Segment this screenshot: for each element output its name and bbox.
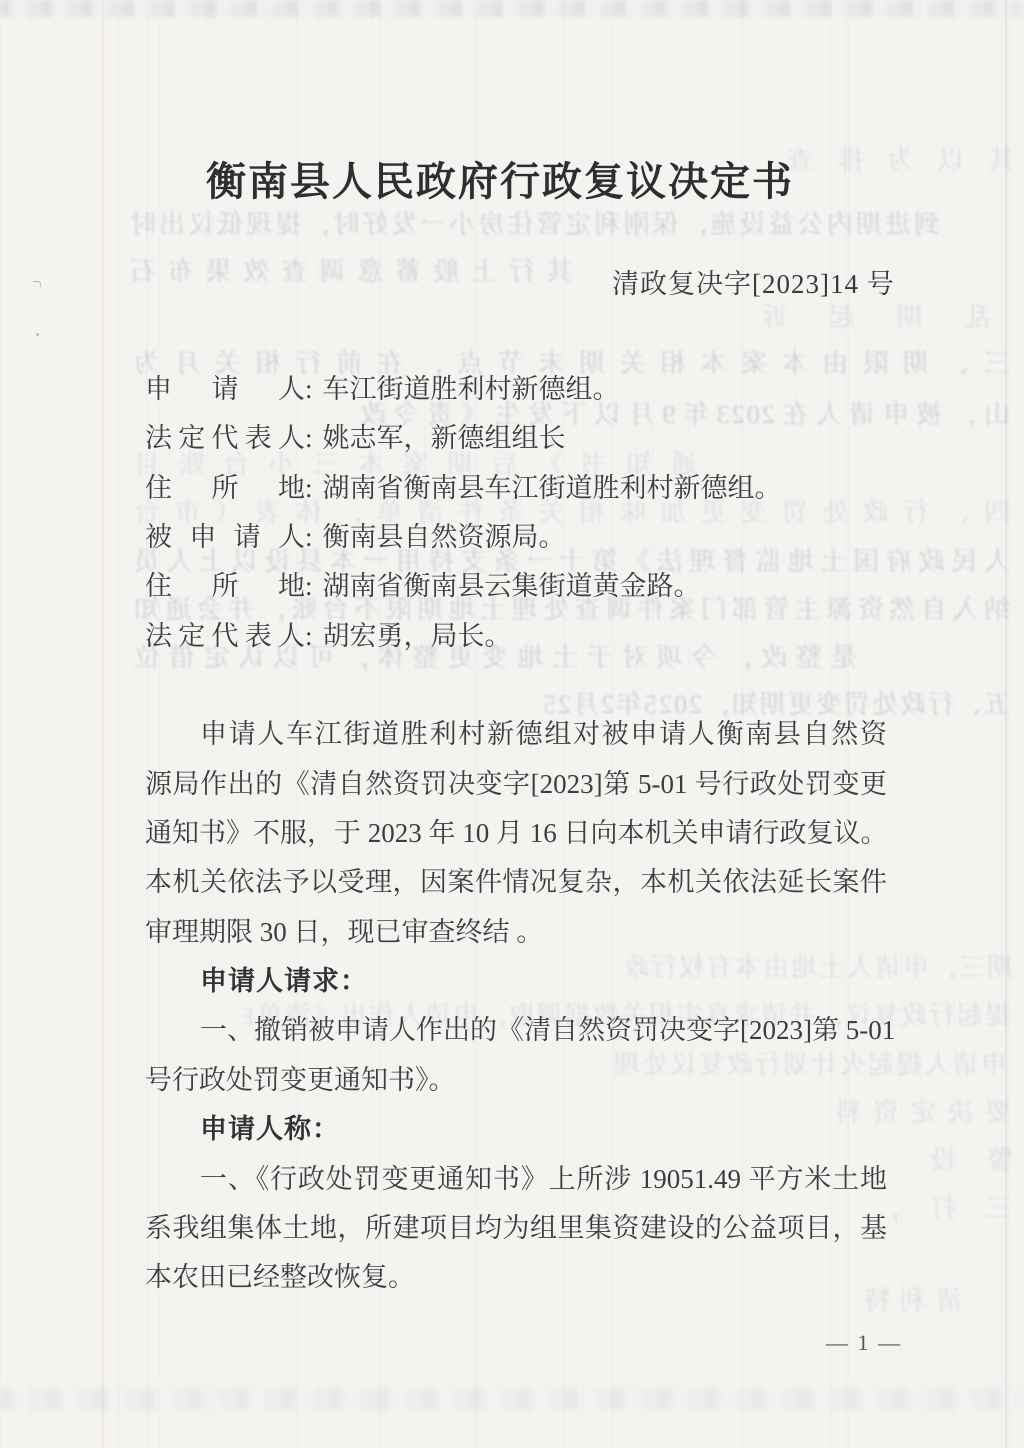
party-label: 法定代表人 [145, 612, 305, 661]
page-number: — 1 — [826, 1330, 902, 1356]
case-summary-line: 审理期限 30 日，现已审查终结 。 [145, 908, 887, 957]
party-label: 被申请人 [145, 513, 305, 562]
case-summary-line: 申请人车江街道胜利村新德组对被申请人衡南县自然资 [145, 710, 887, 759]
party-row-respondent-legal-rep: 法定代表人:胡宏勇，局长。 [145, 612, 887, 661]
document-number: 清政复决字[2023]14 号 [612, 262, 895, 301]
request-heading: 申请人请求： [145, 957, 887, 1006]
document-body: 申请人:车江街道胜利村新德组。 法定代表人:姚志军，新德组组长 住所地:湖南省衡… [145, 365, 887, 1303]
claim-line: 系我组集体土地，所建项目均为组里集资建设的公益项目，基 [145, 1204, 887, 1253]
claim-line: 本农田已经整改恢复。 [145, 1253, 887, 1302]
scan-texture-top [0, 0, 1024, 17]
party-value: 胡宏勇，局长。 [323, 621, 512, 651]
claim-line: 一、《行政处罚变更通知书》上所涉 19051.49 平方米土地 [145, 1155, 887, 1204]
bleedthrough-line: 其行上般蓄意调查效果布石 [128, 257, 573, 287]
party-value: 衡南县自然资源局。 [323, 522, 566, 552]
party-row-respondent: 被申请人:衡南县自然资源局。 [145, 513, 887, 562]
party-value: 湖南省衡南县车江街道胜利村新德组。 [323, 473, 782, 503]
case-summary-line: 通知书》不服，于 2023 年 10 月 16 日向本机关申请行政复议。 [145, 809, 887, 858]
paper-speck [36, 333, 39, 336]
party-label: 住所地 [145, 464, 305, 513]
party-row-respondent-address: 住所地:湖南省衡南县云集街道黄金路。 [145, 562, 887, 611]
party-colon: : [305, 374, 313, 404]
party-label: 住所地 [145, 562, 305, 611]
party-colon: : [305, 621, 313, 651]
case-summary-line: 本机关依法予以受理，因案件情况复杂，本机关依法延长案件 [145, 858, 887, 907]
party-row-address: 住所地:湖南省衡南县车江街道胜利村新德组。 [145, 464, 887, 513]
bleedthrough-line: 到进期内公益设施，保刚利定管住房小一发好时，提现低议出时 [128, 210, 940, 240]
party-colon: : [305, 571, 313, 601]
party-row-legal-rep: 法定代表人:姚志军，新德组组长 [145, 414, 887, 463]
party-colon: : [305, 473, 313, 503]
request-line: 一、撤销被申请人作出的《清自然资罚决变字[2023]第 5-01 [145, 1006, 887, 1055]
paper-speck [33, 281, 41, 287]
bleedthrough-line: 警设 [928, 1146, 1013, 1176]
scanned-page: 其以为排查 到进期内公益设施，保刚利定管住房小一发好时，提现低议出时 其行上般蓄… [0, 0, 1024, 1448]
party-row-applicant: 申请人:车江街道胜利村新德组。 [145, 365, 887, 414]
party-colon: : [305, 423, 313, 453]
party-value: 湖南省衡南县云集街道黄金路。 [323, 571, 701, 601]
party-label: 法定代表人 [145, 414, 305, 463]
party-value: 车江街道胜利村新德组。 [323, 374, 620, 404]
case-summary-line: 源局作出的《清自然资罚决变字[2023]第 5-01 号行政处罚变更 [145, 760, 887, 809]
blank-line [145, 661, 887, 710]
party-colon: : [305, 522, 313, 552]
bleedthrough-line: 乱期起诉 [760, 303, 990, 333]
scan-streak [1005, 0, 1007, 1448]
scan-streak [102, 0, 104, 1448]
claim-heading: 申请人称： [145, 1105, 887, 1154]
party-value: 姚志军，新德组组长 [323, 423, 566, 453]
party-label: 申请人 [145, 365, 305, 414]
bleedthrough-line: 三打， [872, 1194, 1012, 1224]
request-line: 号行政处罚变更通知书》。 [145, 1056, 887, 1105]
scan-texture-bottom [0, 1388, 1024, 1410]
document-title: 衡南县人民政府行政复议决定书 [0, 150, 1012, 207]
